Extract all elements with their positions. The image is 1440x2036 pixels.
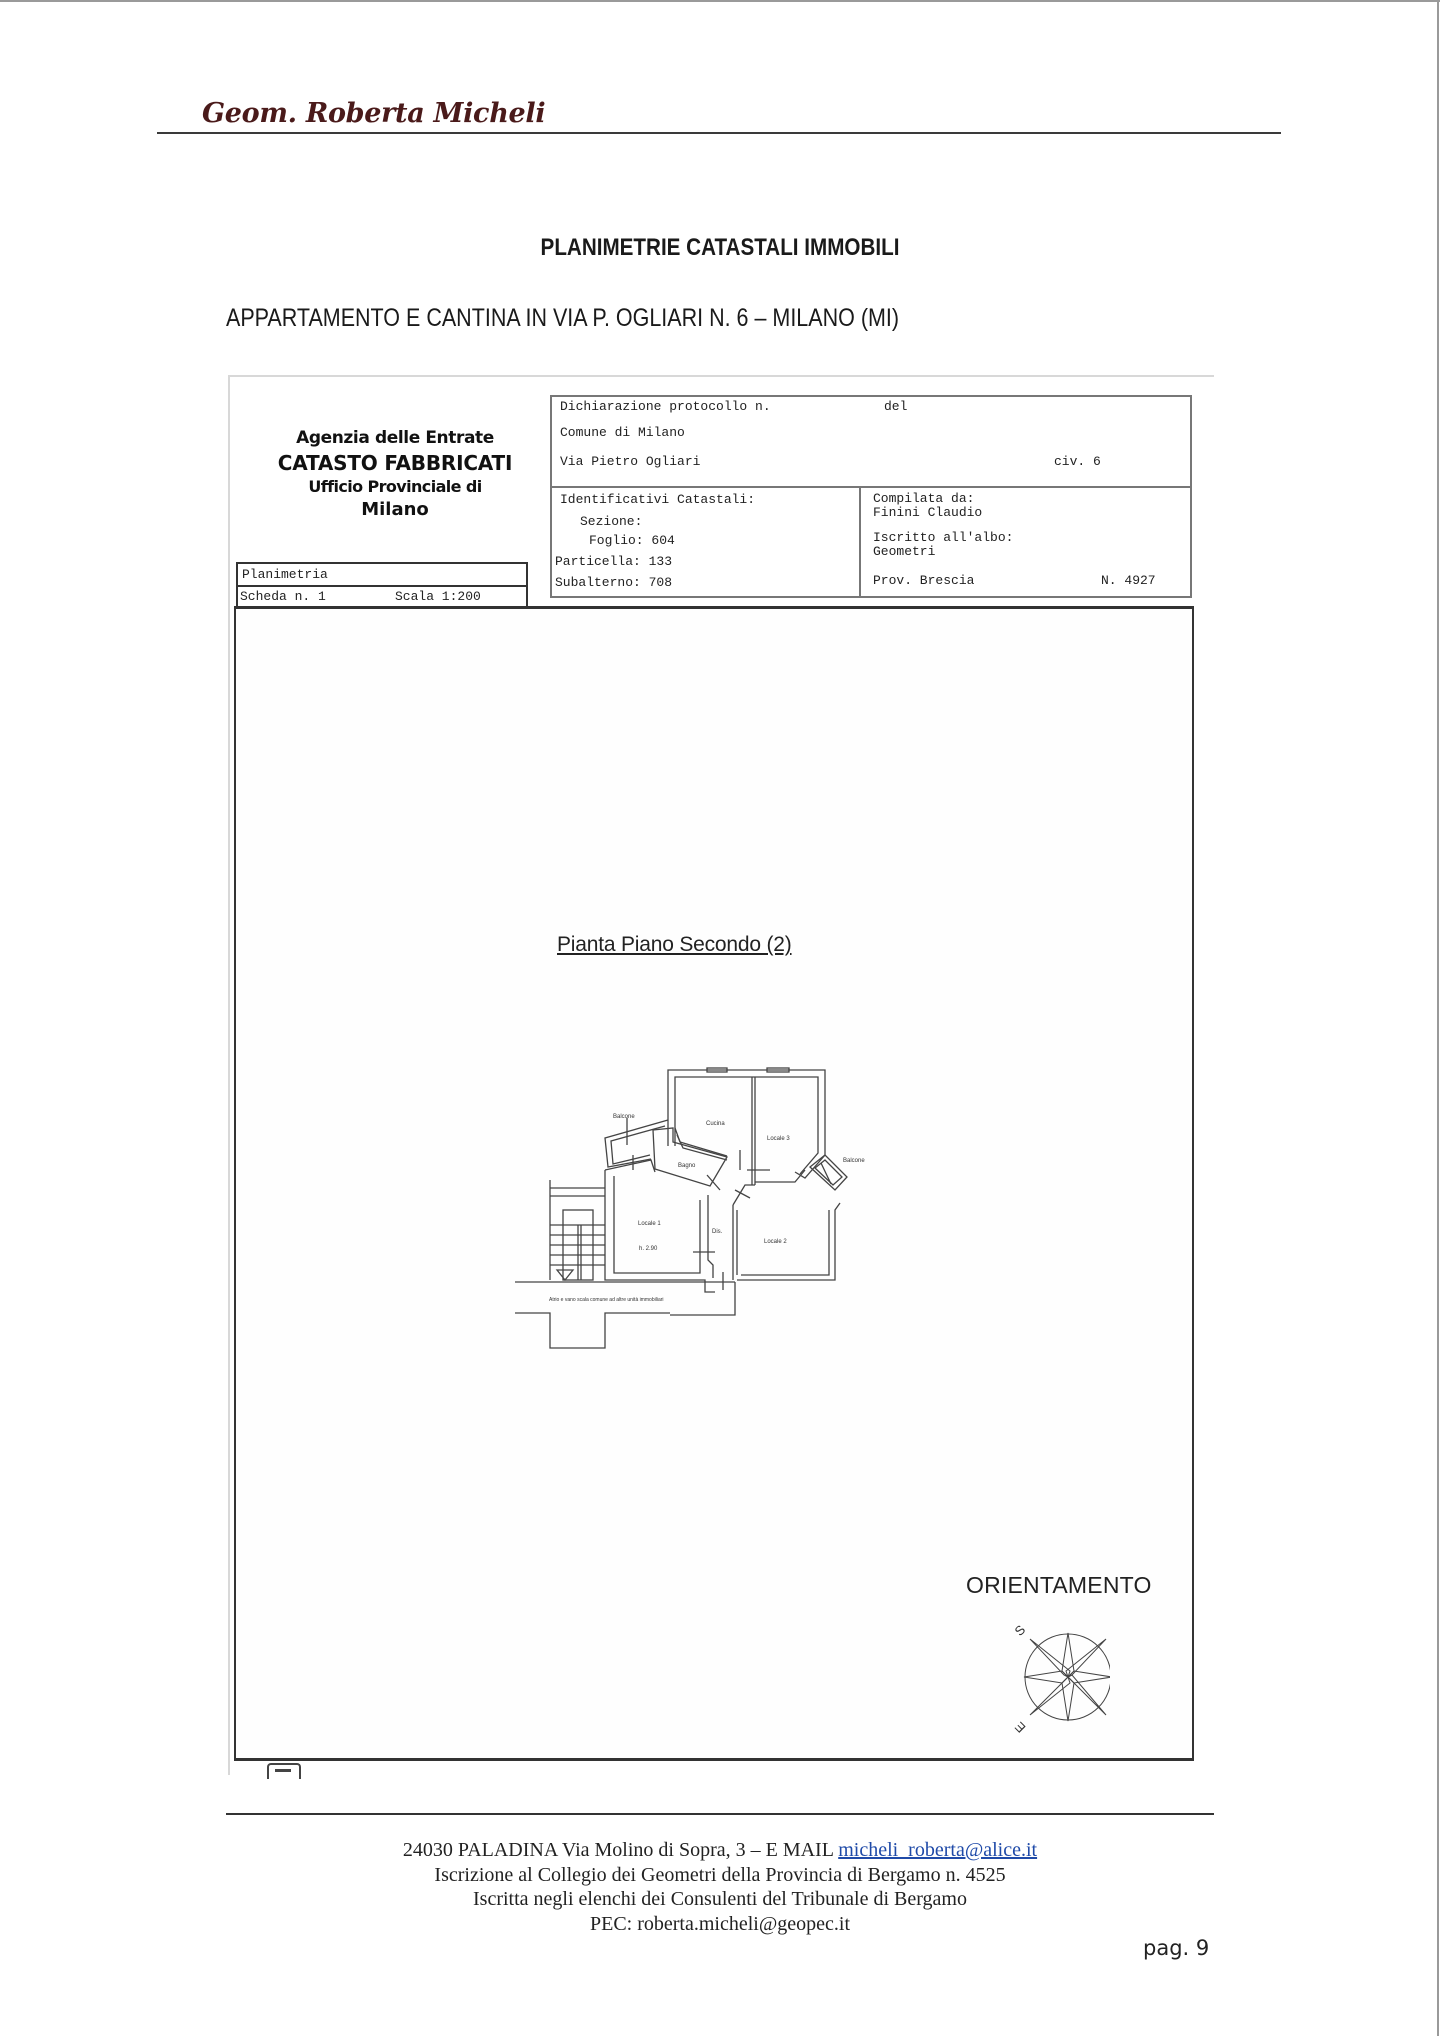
room-label-common-area: Atrio e vano scala comune ad altre unità… bbox=[549, 1297, 664, 1303]
header-rule bbox=[157, 132, 1281, 134]
planimetria-box: Planimetria bbox=[236, 562, 528, 587]
plan-caption: Pianta Piano Secondo (2) bbox=[557, 933, 792, 957]
protocol-label: Dichiarazione protocollo n. bbox=[560, 399, 771, 414]
agency-line-4: Milano bbox=[260, 499, 530, 520]
planimetria-label: Planimetria bbox=[242, 567, 328, 582]
civ-value: civ. 6 bbox=[1054, 454, 1101, 469]
scheda-label: Scheda n. 1 bbox=[240, 589, 326, 604]
compiler-heading: Compilata da: bbox=[873, 491, 974, 506]
prov-value: Prov. Brescia bbox=[873, 573, 974, 588]
del-label: del bbox=[884, 399, 907, 414]
agency-line-3: Ufficio Provinciale di bbox=[260, 477, 530, 496]
scheda-box: Scheda n. 1 Scala 1:200 bbox=[236, 585, 528, 606]
room-label-disimpegno: Dis. bbox=[712, 1229, 723, 1235]
footer-rule bbox=[226, 1813, 1214, 1815]
minimize-icon bbox=[267, 1763, 301, 1779]
via-value: Via Pietro Ogliari bbox=[560, 454, 700, 469]
room-label-locale1: Locale 1 bbox=[638, 1221, 661, 1227]
foglio-value: Foglio: 604 bbox=[589, 533, 675, 548]
footer-line-4: PEC: roberta.micheli@geopec.it bbox=[0, 1912, 1440, 1937]
footer-email-link[interactable]: micheli_roberta@alice.it bbox=[838, 1839, 1037, 1861]
albo-number: N. 4927 bbox=[1101, 573, 1156, 588]
footer-address: 24030 PALADINA Via Molino di Sopra, 3 – … bbox=[403, 1839, 838, 1861]
agency-line-2: CATASTO FABBRICATI bbox=[260, 451, 530, 475]
room-label-height: h. 2.90 bbox=[639, 1246, 658, 1252]
footer-line-3: Iscritta negli elenchi dei Consulenti de… bbox=[0, 1887, 1440, 1912]
header-author: Geom. Roberta Micheli bbox=[202, 98, 545, 129]
compass-rose-icon: S O E N bbox=[1010, 1615, 1110, 1745]
floor-plan-drawing: Balcone Cucina Locale 3 Balcone Bagno Lo… bbox=[505, 1060, 885, 1360]
identifiers-heading: Identificativi Catastali: bbox=[560, 492, 755, 507]
comune-value: Comune di Milano bbox=[560, 425, 685, 440]
compass-e: E bbox=[1012, 1719, 1029, 1736]
sezione-value: Sezione: bbox=[580, 514, 642, 529]
room-label-locale2: Locale 2 bbox=[764, 1239, 787, 1245]
room-label-locale3: Locale 3 bbox=[767, 1136, 790, 1142]
albo-value: Geometri bbox=[873, 544, 935, 559]
declaration-divider bbox=[550, 486, 1192, 488]
subalterno-value: Subalterno: 708 bbox=[555, 575, 672, 590]
sheet-edge-top bbox=[228, 375, 1214, 377]
page-number: pag. 9 bbox=[1143, 1936, 1209, 1960]
footer: 24030 PALADINA Via Molino di Sopra, 3 – … bbox=[0, 1838, 1440, 1936]
room-label-bagno: Bagno bbox=[678, 1163, 696, 1169]
footer-address-line: 24030 PALADINA Via Molino di Sopra, 3 – … bbox=[0, 1838, 1440, 1863]
page-edge-top bbox=[0, 0, 1440, 2]
agency-block: Agenzia delle Entrate CATASTO FABBRICATI… bbox=[260, 428, 530, 520]
compiler-name: Finini Claudio bbox=[873, 505, 982, 520]
page-subtitle: APPARTAMENTO E CANTINA IN VIA P. OGLIARI… bbox=[226, 304, 899, 333]
room-label-cucina: Cucina bbox=[706, 1121, 725, 1127]
identifiers-divider bbox=[859, 486, 861, 598]
particella-value: Particella: 133 bbox=[555, 554, 672, 569]
albo-heading: Iscritto all'albo: bbox=[873, 530, 1013, 545]
agency-line-1: Agenzia delle Entrate bbox=[260, 428, 530, 448]
scala-label: Scala 1:200 bbox=[395, 589, 481, 604]
sheet-edge-left bbox=[228, 375, 230, 1775]
page-title: PLANIMETRIE CATASTALI IMMOBILI bbox=[101, 234, 1339, 262]
room-label-balcone-left: Balcone bbox=[613, 1114, 635, 1120]
compass-n: N bbox=[1108, 1719, 1110, 1736]
orientation-label: ORIENTAMENTO bbox=[966, 1572, 1152, 1599]
page-edge-right bbox=[1437, 0, 1439, 2036]
compass-s: S bbox=[1012, 1622, 1029, 1639]
footer-line-2: Iscrizione al Collegio dei Geometri dell… bbox=[0, 1863, 1440, 1888]
room-label-balcone-right: Balcone bbox=[843, 1158, 865, 1164]
